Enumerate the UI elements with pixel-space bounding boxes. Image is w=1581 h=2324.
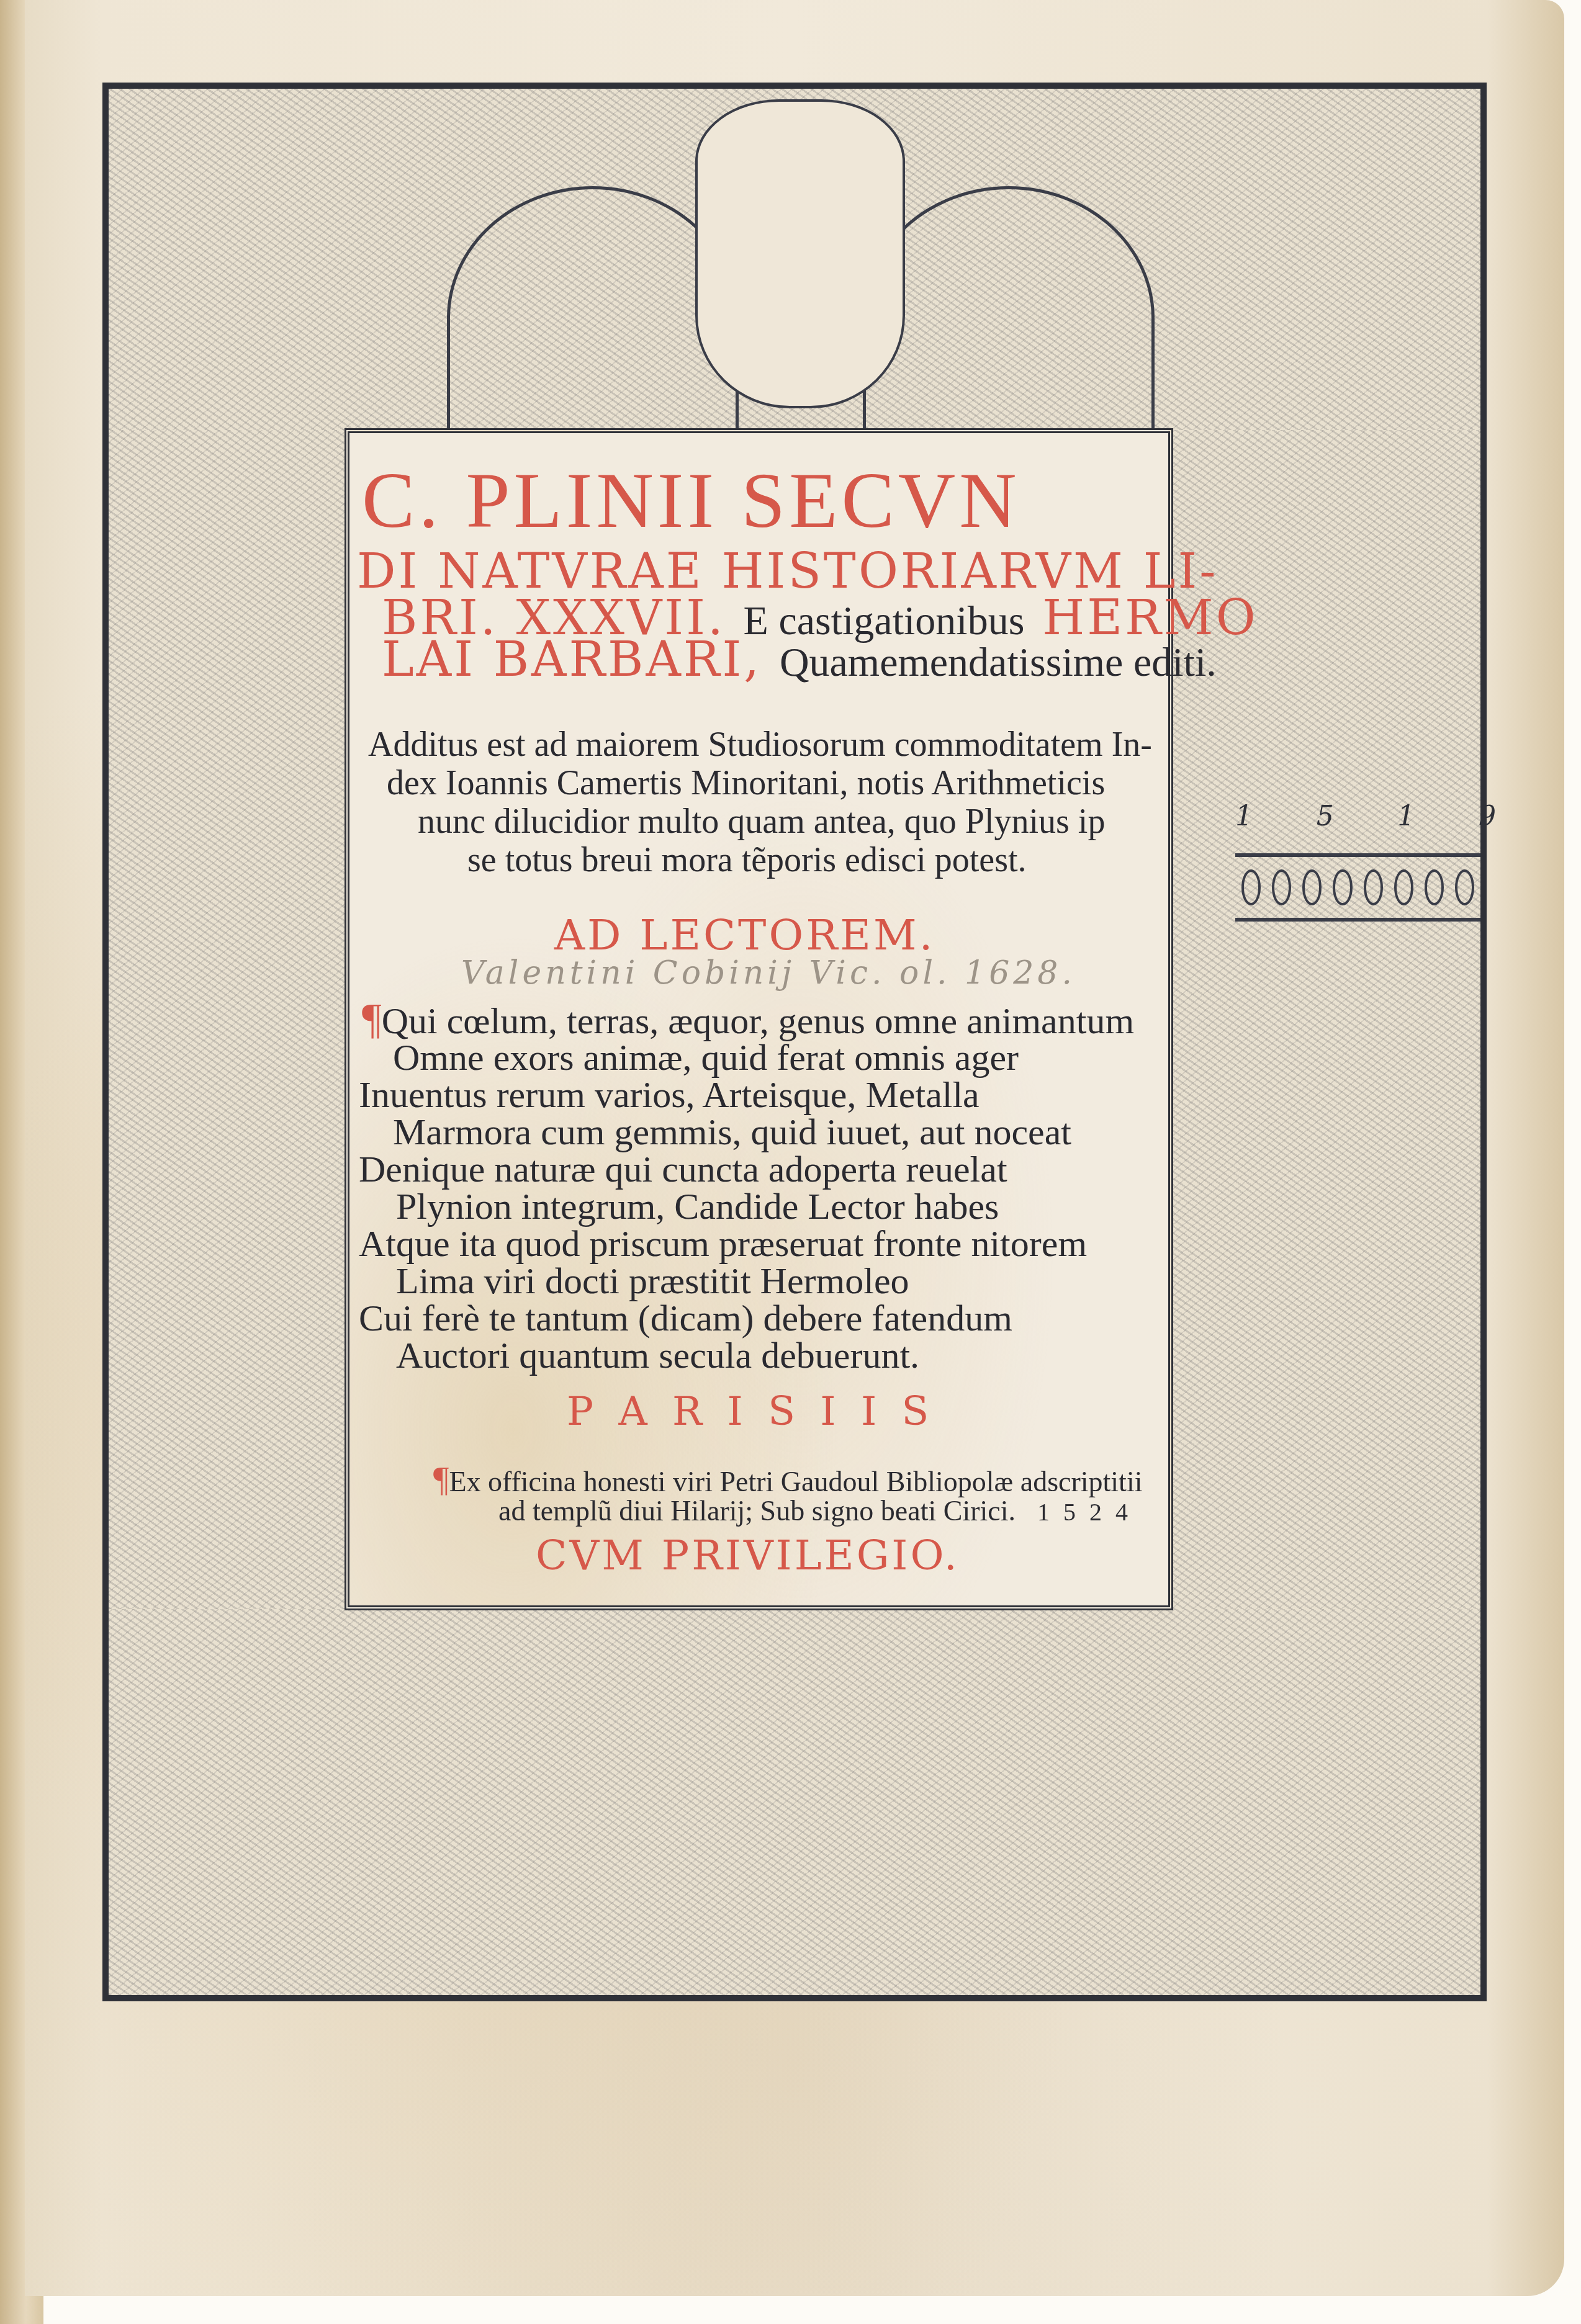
title-barbari: LAI BARBARI, [382, 632, 762, 688]
additus-line: Additus est ad maiorem Studiosorum commo… [368, 725, 1152, 765]
additus-line: nunc dilucidior multo quam antea, quo Pl… [418, 802, 1105, 841]
verse-line: Plynion integrum, Candide Lector habes [396, 1185, 999, 1228]
verse-line: Lima viri docti præstitit Hermoleo [396, 1260, 909, 1303]
verse-line: Denique naturæ qui cuncta adoperta reuel… [359, 1148, 1007, 1191]
handwritten-ownership-inscription: Valentini Cobinij Vic. ol. 1628. [461, 954, 1076, 992]
verse-line: Auctori quantum secula debuerunt. [396, 1334, 919, 1377]
title-emendatissime: Quamemendatissime editi. [780, 640, 1217, 685]
additus-line: se totus breui mora tẽporis edisci potes… [467, 840, 1026, 880]
verse-line: Cui ferè te tantum (dicam) debere fatend… [359, 1297, 1012, 1340]
additus-line: dex Ioannis Camertis Minoritani, notis A… [387, 763, 1105, 803]
verse-line: Omne exors animæ, quid ferat omnis ager [393, 1036, 1019, 1079]
imprint-line: ad templũ diui Hilarij; Sub signo beati … [498, 1494, 1132, 1527]
verse-line: Marmora cum gemmis, quid iuuet, aut noce… [393, 1111, 1071, 1154]
imprint-year: 1 5 2 4 [1037, 1498, 1132, 1526]
place-of-printing: P A R I S I I S [567, 1389, 935, 1435]
verse-line: Atque ita quod priscum præseruat fronte … [359, 1223, 1087, 1265]
pilcrow-icon: ¶ [362, 995, 382, 1043]
ad-lectorem-heading: AD LECTOREM. [554, 911, 935, 960]
title-line-4: LAI BARBARI, Quamemendatissime editi. [382, 632, 1217, 688]
privilege-line: CVM PRIVILEGIO. [536, 1532, 960, 1579]
pilcrow-icon: ¶ [433, 1461, 449, 1499]
verse-line: Inuentus rerum varios, Arteisque, Metall… [359, 1074, 980, 1116]
title-line-1: C. PLINII SECVN [362, 455, 1020, 546]
title-text-panel: C. PLINII SECVN DI NATVRAE HISTORIARVM L… [345, 428, 1173, 1610]
